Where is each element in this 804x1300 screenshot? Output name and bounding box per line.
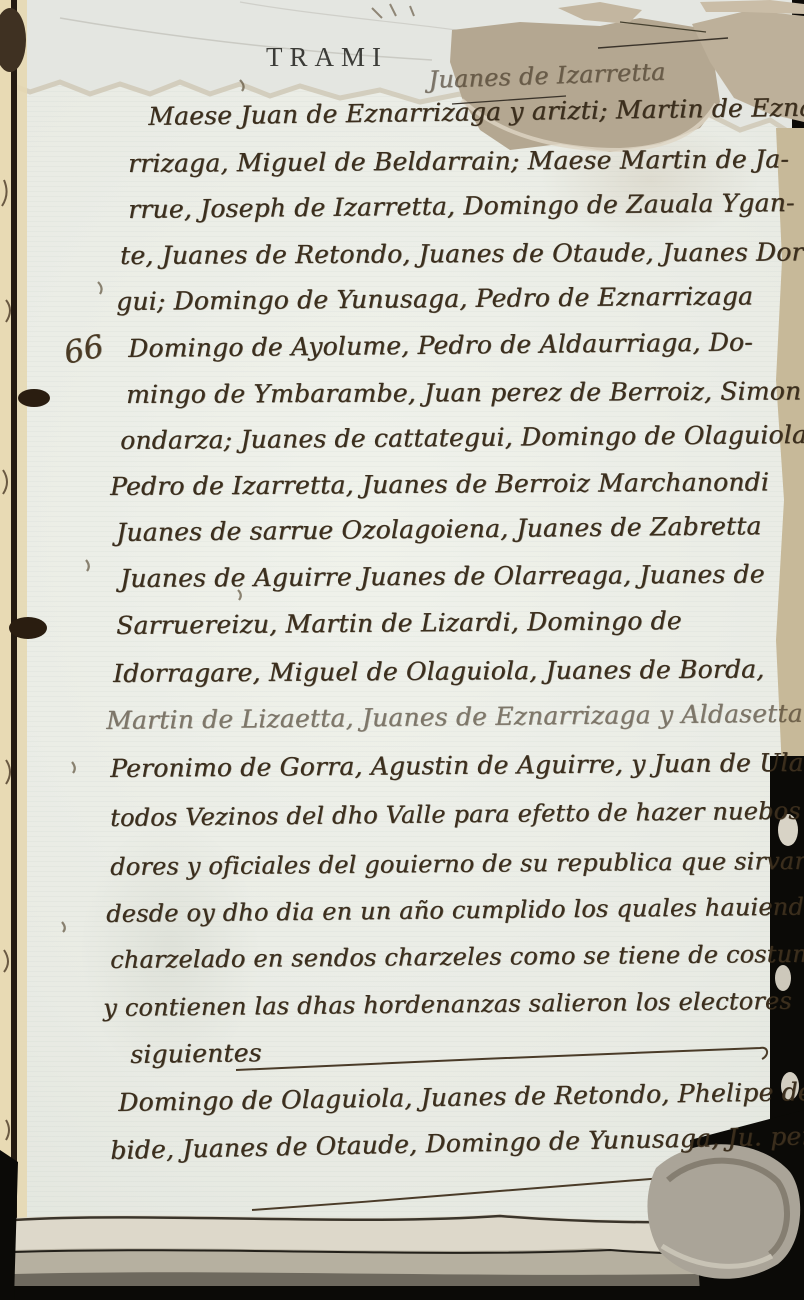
manuscript-line: ondarza; Juanes de cattategui, Domingo d… — [120, 420, 804, 455]
manuscript-line: Peronimo de Gorra, Agustin de Aguirre, y… — [110, 748, 804, 783]
manuscript-line: Pedro de Izarretta, Juanes de Berroiz Ma… — [110, 467, 769, 501]
manuscript-line: Sarruereizu, Martin de Lizardi, Domingo … — [116, 606, 682, 640]
manuscript-line: Idorragare, Miguel de Olaguiola, Juanes … — [113, 654, 764, 688]
printed-header: TRAMI — [266, 42, 388, 73]
manuscript-line: charzelado en sendos charzeles como se t… — [110, 939, 804, 974]
manuscript-line: gui; Domingo de Yunusaga, Pedro de Eznar… — [116, 281, 753, 316]
manuscript-line: rrizaga, Miguel de Beldarrain; Maese Mar… — [128, 144, 789, 178]
manuscript-line: siguientes — [130, 1038, 262, 1069]
page-corner-fold — [647, 1144, 800, 1279]
scanned-manuscript-page: TRAMI Juanes de Izarretta 66 Maese Juan … — [0, 0, 804, 1300]
gutter-shadow — [11, 0, 17, 1300]
ink-blotch — [18, 389, 50, 407]
manuscript-line: Juanes de Aguirre Juanes de Olarreaga, J… — [120, 559, 765, 592]
manuscript-line: te, Juanes de Retondo, Juanes de Otaude,… — [120, 237, 804, 270]
ink-blotch — [9, 617, 47, 639]
rule-line-siguientes — [236, 1048, 767, 1070]
page-edge-strip — [17, 0, 27, 1300]
scan-black-bottom — [0, 1286, 804, 1300]
manuscript-line: mingo de Ymbarambe, Juan perez de Berroi… — [126, 376, 804, 409]
